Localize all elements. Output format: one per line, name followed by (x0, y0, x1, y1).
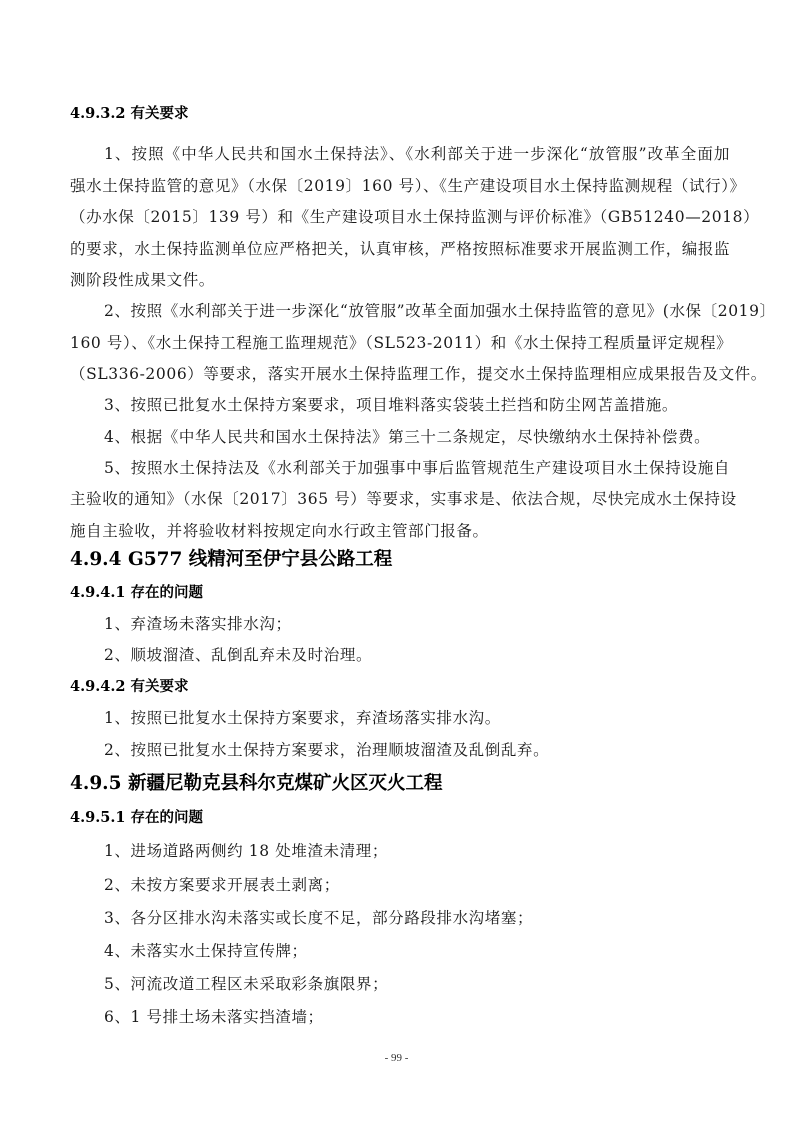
document-page: 4.9.3.2 有关要求 1、按照《中华人民共和国水土保持法》、《水利部关于进一… (0, 0, 793, 1122)
list-item: 2、按照已批复水土保持方案要求，治理顺坡溜渣及乱倒乱弃。 (104, 740, 730, 760)
list-item: 1、弃渣场未落实排水沟； (104, 614, 730, 634)
list-item: 1、按照已批复水土保持方案要求，弃渣场落实排水沟。 (104, 708, 730, 728)
list-item: 1、进场道路两侧约 18 处堆渣未清理； (104, 841, 730, 861)
page-number: - 99 - (0, 1051, 793, 1065)
list-item: 4、未落实水土保持宣传牌； (104, 941, 730, 961)
list-item: 6、1 号排土场未落实挡渣墙； (104, 1007, 730, 1027)
paragraph-line: 5、按照水土保持法及《水利部关于加强事中事后监管规范生产建设项目水土保持设施自 (104, 458, 730, 478)
heading-4-9-5-1: 4.9.5.1 存在的问题 (70, 808, 203, 828)
paragraph-line: （办水保〔2015〕139 号）和《生产建设项目水土保持监测与评价标准》（GB5… (70, 207, 730, 227)
list-item: 2、顺坡溜渣、乱倒乱弃未及时治理。 (104, 645, 730, 665)
paragraph-line: 160 号）、《水土保持工程施工监理规范》（SL523-2011）和《水土保持工… (70, 333, 730, 353)
heading-4-9-3-2: 4.9.3.2 有关要求 (70, 104, 189, 124)
paragraph-line: 测阶段性成果文件。 (70, 270, 730, 290)
paragraph-line: （SL336-2006）等要求，落实开展水土保持监理工作，提交水土保持监理相应成… (70, 364, 730, 384)
paragraph-line: 的要求，水土保持监测单位应严格把关，认真审核，严格按照标准要求开展监测工作，编报… (70, 239, 730, 259)
list-item: 3、各分区排水沟未落实或长度不足，部分路段排水沟堵塞； (104, 908, 730, 928)
paragraph-line: 2、按照《水利部关于进一步深化“放管服”改革全面加强水土保持监管的意见》(水保〔… (104, 301, 730, 321)
list-item: 5、河流改道工程区未采取彩条旗限界； (104, 974, 730, 994)
heading-4-9-4-2: 4.9.4.2 有关要求 (70, 677, 189, 697)
heading-4-9-4: 4.9.4 G577 线精河至伊宁县公路工程 (70, 548, 392, 572)
paragraph-line: 施自主验收，并将验收材料按规定向水行政主管部门报备。 (70, 521, 730, 541)
heading-4-9-5: 4.9.5 新疆尼勒克县科尔克煤矿火区灭火工程 (70, 772, 442, 796)
paragraph-line: 主验收的通知》（水保〔2017〕365 号）等要求，实事求是、依法合规，尽快完成… (70, 489, 730, 509)
paragraph-line: 3、按照已批复水土保持方案要求，项目堆料落实袋装土拦挡和防尘网苫盖措施。 (104, 395, 730, 415)
paragraph-line: 强水土保持监管的意见》（水保〔2019〕160 号）、《生产建设项目水土保持监测… (70, 176, 730, 196)
paragraph-line: 4、根据《中华人民共和国水土保持法》第三十二条规定，尽快缴纳水土保持补偿费。 (104, 427, 730, 447)
list-item: 2、未按方案要求开展表土剥离； (104, 875, 730, 895)
heading-4-9-4-1: 4.9.4.1 存在的问题 (70, 583, 203, 603)
paragraph-line: 1、按照《中华人民共和国水土保持法》、《水利部关于进一步深化“放管服”改革全面加 (104, 144, 730, 164)
